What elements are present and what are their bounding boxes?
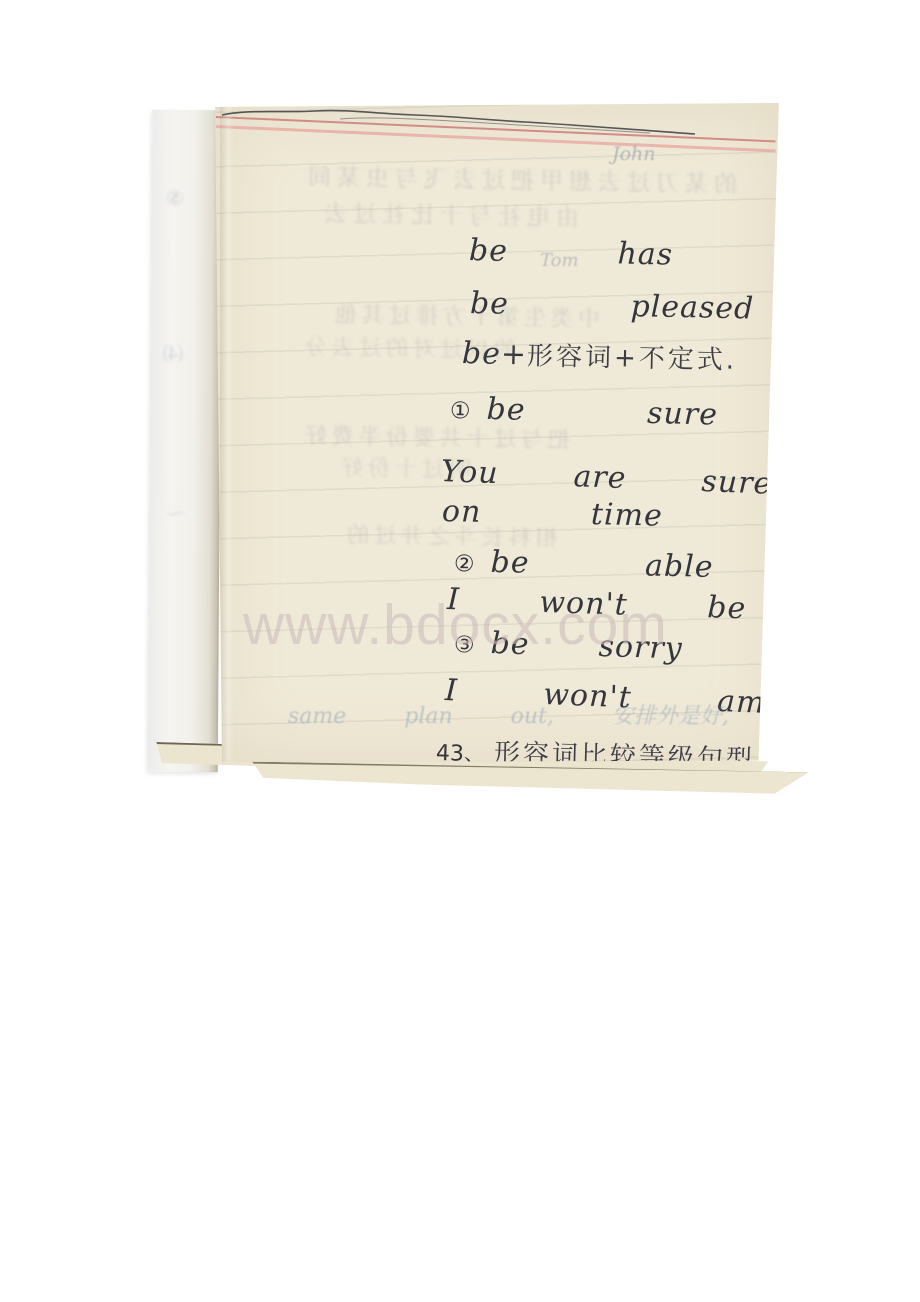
note-line: be pleased with	[470, 286, 920, 330]
note-text: be pleased with	[470, 286, 920, 330]
note-line: on time	[442, 494, 664, 534]
note-line: ①be sure to.	[450, 391, 920, 439]
hand-drawn-line	[220, 99, 730, 159]
note-text: 形容词+不定式.	[527, 341, 738, 375]
note-line: ②be able to.	[454, 544, 872, 588]
scanned-notebook-page: be has donebe pleased withbe+形容词+不定式.①be…	[0, 0, 920, 1302]
crossed-out-scribble	[790, 639, 829, 666]
note-line: be has done	[469, 233, 862, 277]
crossed-out-scribble	[843, 406, 882, 433]
underlying-page-edge	[148, 110, 223, 772]
note-text: be has done	[469, 233, 862, 277]
note-text: I won't am sorry	[444, 673, 920, 736]
watermark-text: www.bdocx.com	[243, 592, 668, 658]
item-marker: ②	[454, 551, 475, 577]
note-text: to.	[832, 636, 910, 673]
notebook-sheet: be has donebe pleased withbe+形容词+不定式.①be…	[214, 103, 780, 762]
note-text: on time	[442, 494, 664, 534]
item-marker: ①	[450, 398, 471, 424]
note-text: to.	[885, 402, 920, 439]
note-line: be+形容词+不定式.	[462, 334, 738, 377]
note-text: be+	[462, 336, 528, 372]
note-text: be sure	[486, 392, 840, 436]
note-text: +as.	[818, 779, 882, 810]
note-text: be able to.	[490, 545, 871, 589]
